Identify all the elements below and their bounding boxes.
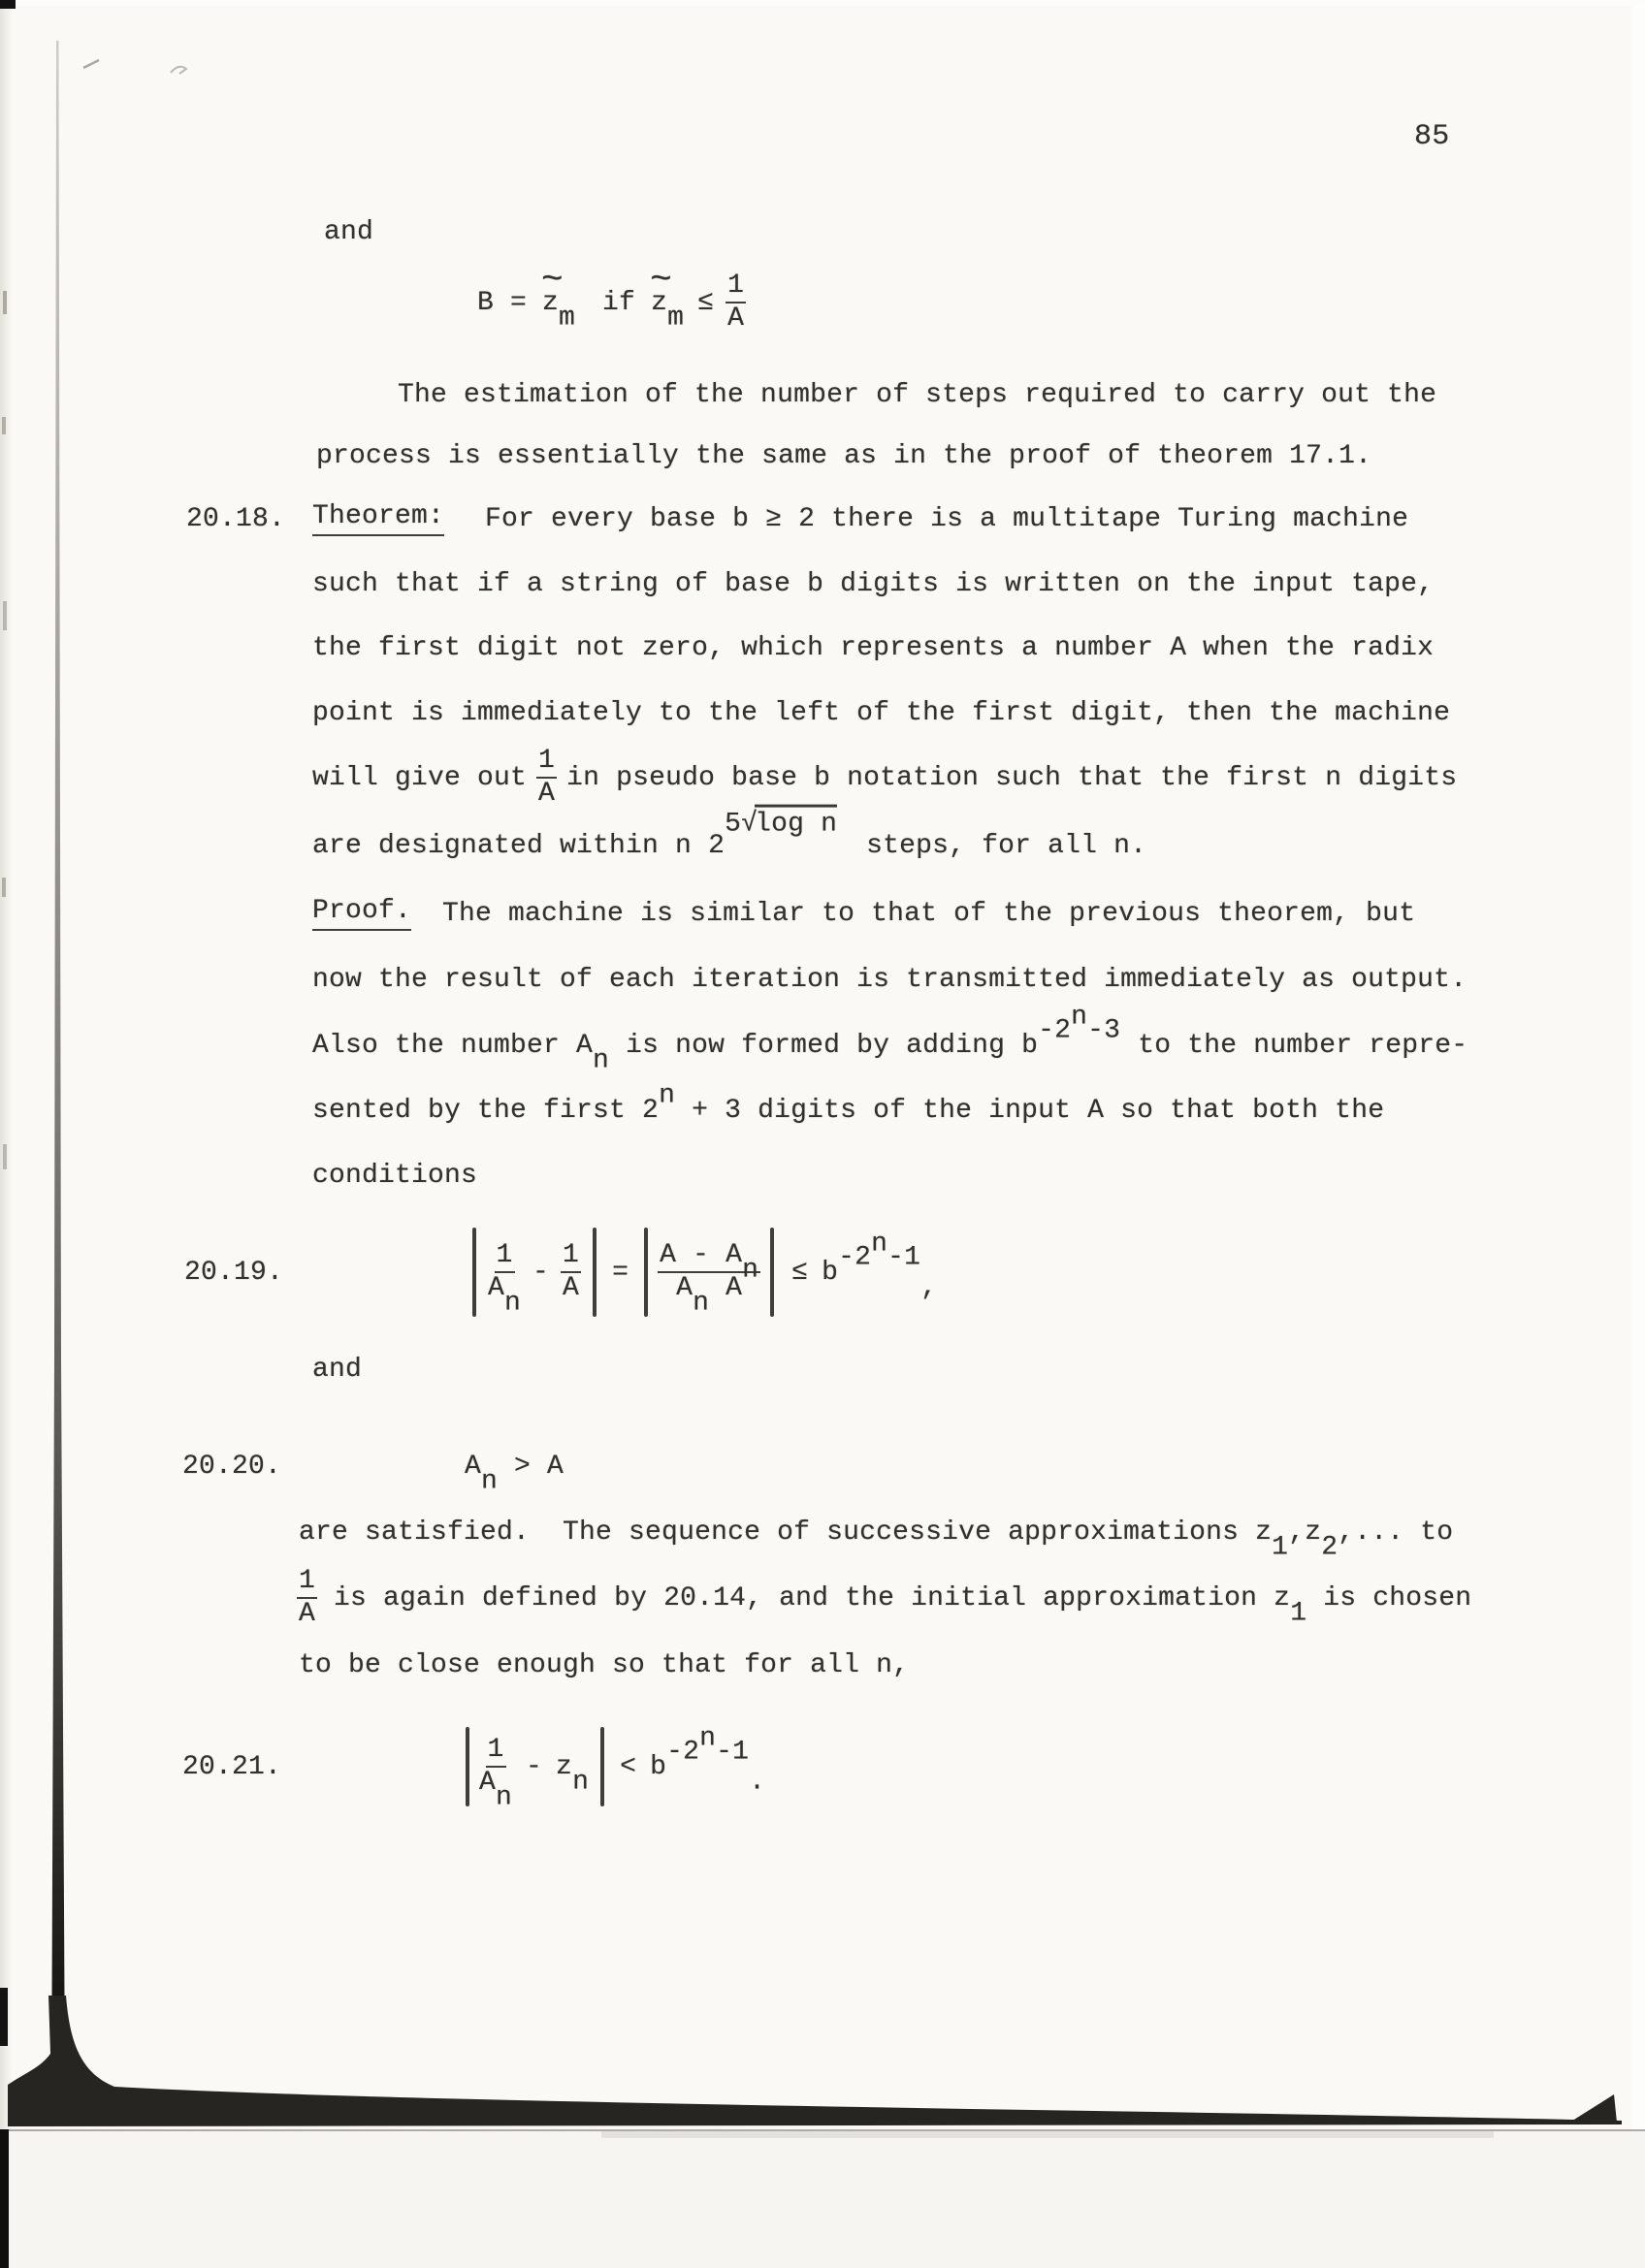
absolute-value-bar	[466, 1727, 469, 1806]
exponent-tail: -1	[887, 1242, 920, 1272]
bottom-scan-triangle	[1569, 2094, 1617, 2123]
closing-line3: to be close enough so that for all n,	[299, 1648, 909, 1681]
proof-line4-lead: sented by the first 2	[312, 1096, 659, 1126]
exponent-minus-2n-minus-3: -2n-3	[1038, 1015, 1120, 1045]
scan-left-edge	[0, 0, 13, 2268]
fraction-numerator: 1	[561, 1241, 581, 1273]
fraction-A-minus-An-over-AnA: A - An An A	[658, 1241, 760, 1303]
z-char: z	[556, 1752, 572, 1782]
subscript-m-1: m	[559, 303, 575, 333]
subscript-1: 1	[1272, 1532, 1288, 1562]
proof-heading-line: Proof. The machine is similar to that of…	[312, 897, 1415, 930]
subscript-n: n	[481, 1466, 498, 1496]
bottom-scan-wedge	[8, 1996, 1622, 2126]
absolute-value-bar	[644, 1228, 648, 1317]
b-base: b	[822, 1258, 838, 1288]
fraction-numerator: 1	[536, 747, 557, 779]
fraction-denominator: A	[727, 303, 744, 334]
subscript-n: n	[593, 1045, 609, 1075]
z-tilde-1: z~	[542, 288, 559, 318]
fraction-1-over-An: 1 An	[488, 1241, 521, 1303]
fraction-numerator: A - An	[658, 1241, 760, 1273]
exponent-minus-2n-minus-1: -2n-1	[838, 1242, 920, 1272]
subscript-m-2: m	[667, 303, 684, 333]
page-number: 85	[1414, 120, 1449, 153]
fraction-numerator: 1	[486, 1736, 506, 1768]
subscript-n: n	[572, 1767, 589, 1797]
theorem-line5-lead: will give out	[312, 763, 527, 793]
theorem-line5-rest: in pseudo base b notation such that the …	[566, 763, 1457, 793]
closing-line2: 1 A is again defined by 20.14, and the i…	[297, 1565, 1471, 1631]
proof-line5: conditions	[312, 1159, 477, 1192]
A-char: A	[709, 1273, 742, 1303]
equals-sign: =	[612, 1258, 629, 1288]
page-fold-line	[52, 41, 65, 1999]
exponent-5-sqrt-log-n: 5√log n	[725, 809, 837, 839]
theorem-line6: are designated within n 2 5√log n steps,…	[312, 829, 1146, 862]
A-char: A	[676, 1273, 693, 1303]
fraction-denominator: A	[538, 779, 555, 809]
exponent-tail: -1	[716, 1737, 749, 1767]
eq-b-lhs: B =	[477, 288, 527, 318]
theorem-heading-line: Theorem: For every base b ≥ 2 there is a…	[312, 502, 1408, 535]
section-label-20-19: 20.19.	[184, 1256, 283, 1289]
scan-below-band-area	[0, 2131, 1645, 2268]
section-label-20-18: 20.18.	[186, 502, 285, 535]
leq-sign: ≤	[697, 288, 714, 318]
fraction-1-over-A: 1 A	[536, 747, 557, 809]
exponent-base: -2	[838, 1242, 871, 1272]
scanned-document-page: 85 and B = z~ m if z~ m ≤ 1 A The estima…	[0, 0, 1645, 2268]
theorem-line1: For every base b ≥ 2 there is a multitap…	[485, 504, 1408, 534]
proof-word: Proof.	[312, 896, 411, 931]
theorem-word: Theorem:	[312, 501, 444, 536]
closing-line1: are satisfied. The sequence of successiv…	[299, 1516, 1453, 1549]
pen-mark	[171, 67, 186, 74]
period: .	[749, 1767, 765, 1797]
absolute-value-bar	[770, 1228, 774, 1317]
radicand-log-n: log n	[755, 804, 837, 839]
tilde-mark: ~	[650, 261, 672, 302]
fraction-1-over-A: 1 A	[726, 272, 746, 334]
A-char: A	[488, 1273, 504, 1303]
closing-line1-lead: are satisfied. The sequence of successiv…	[299, 1517, 1272, 1548]
equation-20-21: 1 An - z n < b -2n-1 .	[466, 1726, 765, 1807]
comma: ,	[920, 1272, 937, 1302]
pen-mark	[83, 60, 99, 68]
proof-line3-lead: Also the number A	[312, 1031, 593, 1061]
subscript-n: n	[742, 1256, 758, 1285]
fraction-denominator: An	[479, 1768, 512, 1798]
proof-line4-rest: + 3 digits of the input A so that both t…	[675, 1096, 1384, 1126]
fraction-numerator: 1	[495, 1241, 515, 1273]
section-label-20-20: 20.20.	[182, 1450, 281, 1483]
exponent-minus-2n-minus-1: -2n-1	[666, 1737, 749, 1767]
b-base: b	[650, 1752, 666, 1782]
scan-top-edge	[0, 0, 1645, 6]
fraction-denominator: A	[299, 1599, 315, 1629]
theorem-line4: point is immediately to the left of the …	[312, 696, 1450, 729]
fraction-1-over-A: 1 A	[561, 1241, 581, 1303]
fraction-1-over-A: 1 A	[297, 1567, 317, 1629]
closing-line2-lead: is again defined by 20.14, and the initi…	[317, 1583, 1290, 1613]
subscript-n: n	[504, 1289, 521, 1318]
proof-line3-mid: is now formed by adding b	[609, 1031, 1038, 1061]
fraction-denominator: A	[563, 1273, 579, 1303]
comma-z: ,z	[1288, 1517, 1321, 1548]
closing-line1-tail: ,... to	[1338, 1517, 1453, 1548]
fraction-denominator: An A	[676, 1273, 742, 1303]
greater-than-A: > A	[498, 1452, 564, 1482]
fraction-numerator: 1	[726, 272, 746, 303]
A-char: A	[465, 1452, 481, 1482]
tilde-mark: ~	[541, 261, 564, 302]
proof-line1: The machine is similar to that of the pr…	[442, 899, 1415, 929]
text-line-and-1: and	[324, 215, 373, 248]
absolute-value-bar	[472, 1228, 476, 1317]
section-label-20-21: 20.21.	[182, 1750, 281, 1783]
paragraph1-line1: The estimation of the number of steps re…	[398, 378, 1436, 411]
minus-sign: -	[526, 1752, 542, 1782]
fraction-1-over-An: 1 An	[479, 1736, 512, 1798]
proof-line3: Also the number A n is now formed by add…	[312, 1029, 1468, 1062]
leq-sign: ≤	[791, 1258, 808, 1288]
scan-artifacts-overlay	[0, 0, 1645, 2268]
exponent-tail: -3	[1087, 1015, 1120, 1045]
text-line-and-2: and	[312, 1353, 362, 1386]
proof-line2: now the result of each iteration is tran…	[312, 963, 1467, 996]
less-than-sign: <	[620, 1752, 636, 1782]
subscript-n: n	[496, 1783, 512, 1812]
if-word: if	[602, 288, 635, 318]
proof-line4: sented by the first 2 n + 3 digits of th…	[312, 1094, 1384, 1127]
radical-coefficient: 5√	[725, 809, 758, 839]
fraction-numerator: 1	[297, 1567, 317, 1599]
proof-line3-rest: to the number repre-	[1138, 1031, 1468, 1061]
theorem-line2: such that if a string of base b digits i…	[312, 567, 1434, 600]
theorem-line6-lead: are designated within n 2	[312, 831, 725, 861]
A-minus-A: A - A	[660, 1240, 742, 1270]
exponent-n: n	[871, 1229, 887, 1259]
subscript-1: 1	[1290, 1598, 1306, 1628]
fraction-denominator: An	[488, 1273, 521, 1303]
exponent-n: n	[699, 1723, 716, 1753]
equation-20-19: 1 An - 1 A = A - An An A ≤ b -2n-1 ,	[472, 1224, 937, 1321]
absolute-value-bar	[600, 1727, 604, 1806]
theorem-line5: will give out 1 A in pseudo base b notat…	[312, 745, 1457, 811]
scan-right-edge	[1632, 0, 1645, 2268]
subscript-2: 2	[1321, 1532, 1338, 1562]
paragraph1-line2: process is essentially the same as in th…	[316, 439, 1371, 472]
minus-sign: -	[532, 1258, 549, 1288]
closing-line2-tail: is chosen	[1306, 1583, 1471, 1613]
exponent-base: -2	[1038, 1015, 1071, 1045]
theorem-line3: the first digit not zero, which represen…	[312, 631, 1434, 664]
theorem-line6-rest: steps, for all n.	[866, 831, 1146, 861]
equation-20-20: A n > A	[465, 1450, 564, 1483]
A-char: A	[479, 1768, 496, 1798]
absolute-value-bar	[593, 1228, 597, 1317]
z-tilde-2: z~	[651, 288, 667, 318]
subscript-n: n	[693, 1289, 709, 1318]
exponent-n: n	[1071, 1002, 1087, 1032]
exponent-n: n	[659, 1080, 675, 1110]
equation-B-definition: B = z~ m if z~ m ≤ 1 A	[477, 264, 746, 341]
exponent-base: -2	[666, 1737, 699, 1767]
